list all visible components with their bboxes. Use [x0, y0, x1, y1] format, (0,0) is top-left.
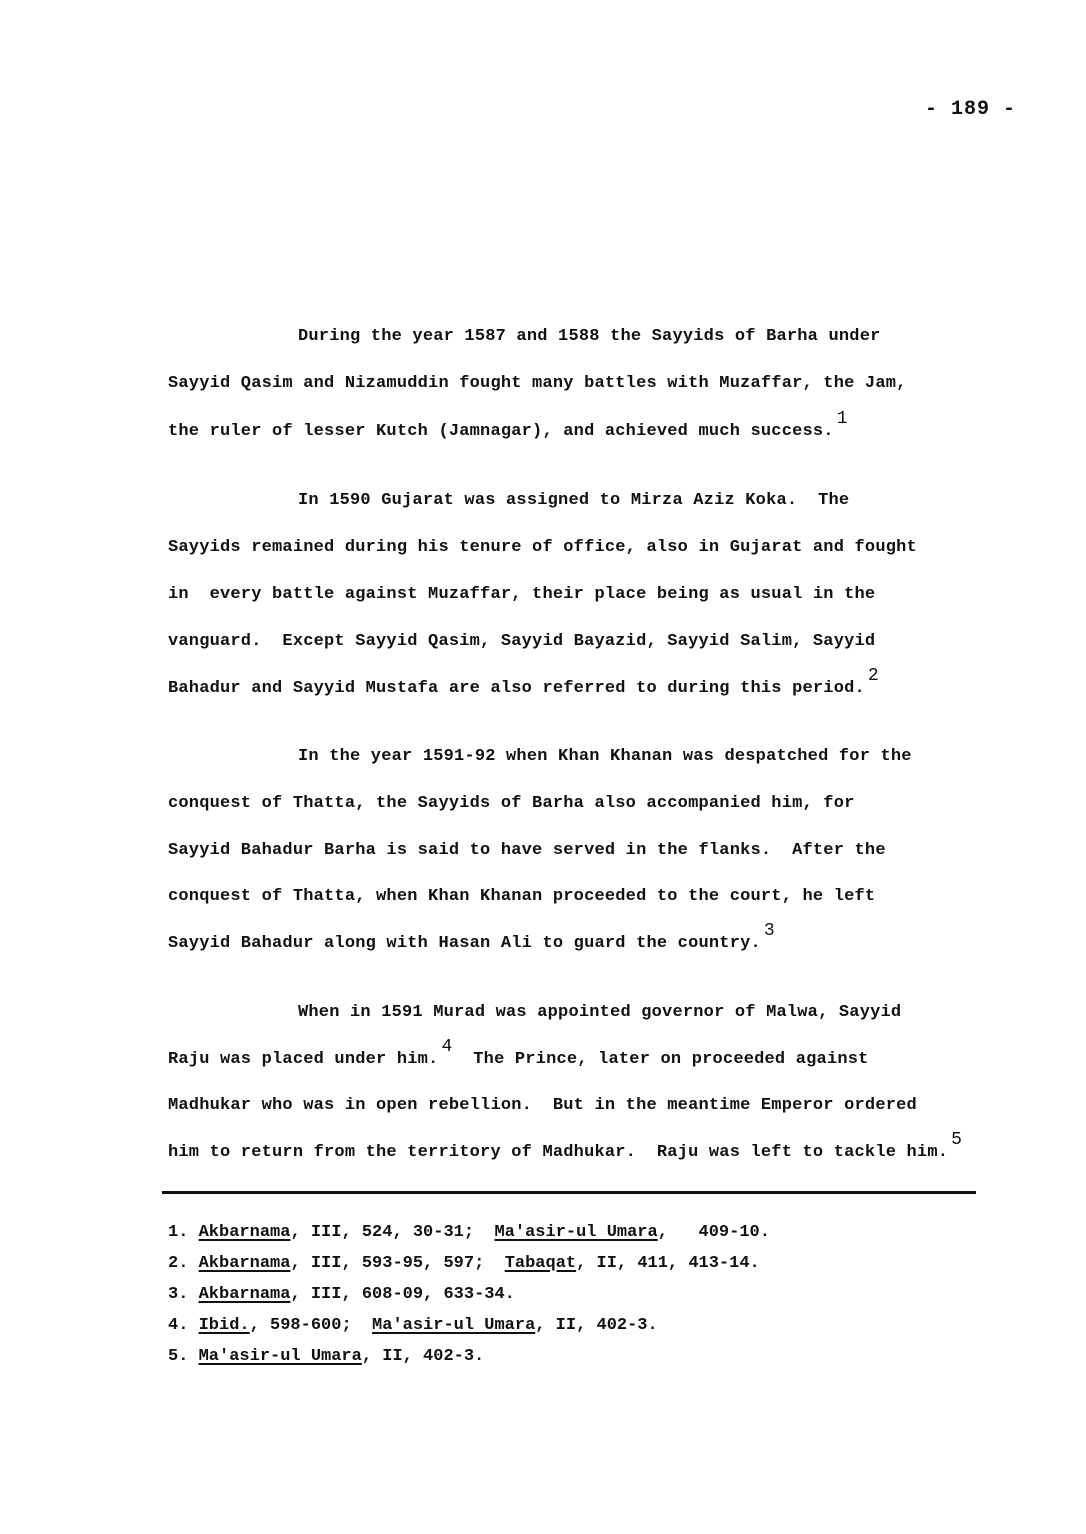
- text-line: Madhukar who was in open rebellion. But …: [168, 1095, 917, 1117]
- footnote-ref-1: 1: [837, 409, 848, 429]
- source-title: Ibid.: [199, 1316, 250, 1335]
- text-line-content: Bahadur and Sayyid Mustafa are also refe…: [168, 679, 865, 698]
- footnote-ref-3: 3: [764, 921, 775, 941]
- source-title: Ma'asir-ul Umara: [372, 1316, 535, 1335]
- source-title: Tabaqat: [505, 1254, 576, 1273]
- citation-text: , III, 608-09, 633-34.: [290, 1285, 514, 1304]
- text-line-content: The Prince, later on proceeded against: [473, 1050, 868, 1069]
- footnote-4: 4. Ibid., 598-600; Ma'asir-ul Umara, II,…: [168, 1315, 658, 1337]
- text-line: Bahadur and Sayyid Mustafa are also refe…: [168, 677, 879, 700]
- source-title: Ma'asir-ul Umara: [494, 1223, 657, 1242]
- source-title: Akbarnama: [199, 1254, 291, 1273]
- text-line: the ruler of lesser Kutch (Jamnagar), an…: [168, 420, 848, 443]
- footnote-5: 5. Ma'asir-ul Umara, II, 402-3.: [168, 1346, 484, 1368]
- footnote-number: 3.: [168, 1285, 188, 1304]
- citation-text: , II, 411, 413-14.: [576, 1254, 760, 1273]
- text-line-content: Sayyid Bahadur along with Hasan Ali to g…: [168, 934, 761, 953]
- text-line: conquest of Thatta, the Sayyids of Barha…: [168, 793, 855, 815]
- citation-text: , II, 402-3.: [362, 1347, 484, 1366]
- footnote-1: 1. Akbarnama, III, 524, 30-31; Ma'asir-u…: [168, 1222, 770, 1244]
- footnote-divider: [162, 1191, 976, 1194]
- text-line: vanguard. Except Sayyid Qasim, Sayyid Ba…: [168, 631, 875, 653]
- source-title: Akbarnama: [199, 1285, 291, 1304]
- text-line: In 1590 Gujarat was assigned to Mirza Az…: [298, 490, 849, 512]
- text-line: conquest of Thatta, when Khan Khanan pro…: [168, 886, 875, 908]
- source-title: Akbarnama: [199, 1223, 291, 1242]
- footnote-number: 2.: [168, 1254, 188, 1273]
- footnote-number: 4.: [168, 1316, 188, 1335]
- citation-text: , 409-10.: [658, 1223, 770, 1242]
- text-line: Sayyid Bahadur Barha is said to have ser…: [168, 840, 886, 862]
- citation-text: , 598-600;: [250, 1316, 372, 1335]
- text-line: Sayyid Qasim and Nizamuddin fought many …: [168, 373, 907, 395]
- text-line: During the year 1587 and 1588 the Sayyid…: [298, 326, 881, 348]
- footnote-ref-2: 2: [868, 666, 879, 686]
- footnote-number: 1.: [168, 1223, 188, 1242]
- footnote-3: 3. Akbarnama, III, 608-09, 633-34.: [168, 1284, 515, 1306]
- text-line: him to return from the territory of Madh…: [168, 1141, 962, 1164]
- text-line: Raju was placed under him.4 The Prince, …: [168, 1048, 869, 1071]
- text-line: Sayyid Bahadur along with Hasan Ali to g…: [168, 932, 775, 955]
- footnote-number: 5.: [168, 1347, 188, 1366]
- text-line: in every battle against Muzaffar, their …: [168, 584, 875, 606]
- text-line-content: Raju was placed under him.: [168, 1050, 438, 1069]
- footnote-ref-5: 5: [951, 1130, 962, 1150]
- page-number: - 189 -: [925, 98, 1016, 121]
- footnote-2: 2. Akbarnama, III, 593-95, 597; Tabaqat,…: [168, 1253, 760, 1275]
- source-title: Ma'asir-ul Umara: [199, 1347, 362, 1366]
- citation-text: , II, 402-3.: [535, 1316, 657, 1335]
- text-line-content: the ruler of lesser Kutch (Jamnagar), an…: [168, 422, 834, 441]
- text-line: In the year 1591-92 when Khan Khanan was…: [298, 746, 912, 768]
- text-line-content: him to return from the territory of Madh…: [168, 1143, 948, 1162]
- citation-text: , III, 524, 30-31;: [290, 1223, 494, 1242]
- text-line: When in 1591 Murad was appointed governo…: [298, 1002, 901, 1024]
- citation-text: , III, 593-95, 597;: [290, 1254, 504, 1273]
- footnote-ref-4: 4: [441, 1037, 452, 1057]
- text-line: Sayyids remained during his tenure of of…: [168, 537, 917, 559]
